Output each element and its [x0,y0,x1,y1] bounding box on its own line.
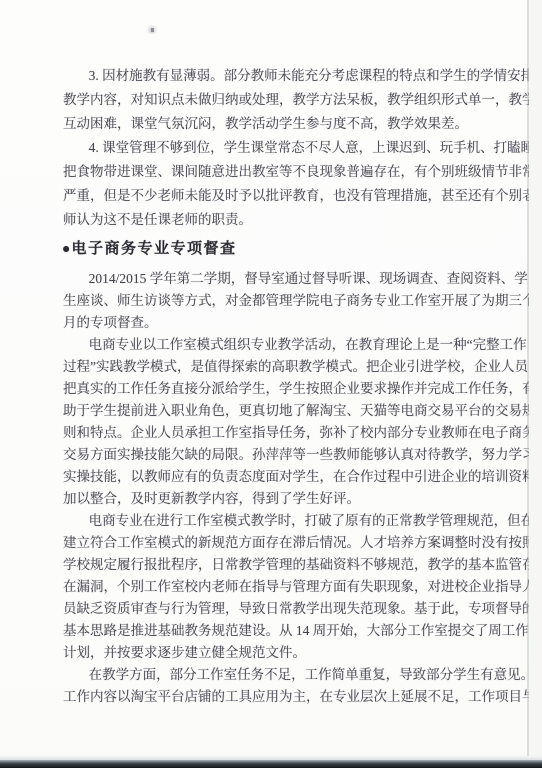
text-line: 互动困难，课堂气氛沉闷，教学活动学生参与度不高，教学效果差。 [63,112,542,136]
paragraph-block-ecommerce-audit: 2014/2015 学年第二学期，督导室通过督导听课、现场调查、查阅资料、学生座… [63,268,536,708]
paragraph-first-line: 3. 因材施教有显薄弱。部分教师未能充分考虑课程的特点和学生的学情安排 [63,64,542,88]
paragraph-first-line: 在教学方面，部分工作室任务不足，工作简单重复，导致部分学生有意见。 [63,664,536,686]
text-line: 交易方面实操技能欠缺的局限。孙萍萍等一些教师能够认真对待教学，努力学习 [63,444,536,466]
paragraph-first-line: 2014/2015 学年第二学期，督导室通过督导听课、现场调查、查阅资料、学 [63,268,536,290]
text-line: 员缺乏资质审查与行为管理，导致日常教学出现失范现象。基于此，专项督导的 [63,598,536,620]
text-line: 工作内容以淘宝平台店铺的工具应用为主，在专业层次上延展不足，工作项目与 [63,686,536,708]
section-heading-text: 电子商务专业专项督查 [71,241,236,257]
text-line: 实操技能，以教师应有的负责态度面对学生，在合作过程中引进企业的培训资料 [63,466,536,488]
text-line: 学校规定履行报批程序，日常教学管理的基础资料不够规范，教学的基本监管存 [63,554,536,576]
paragraph-first-line: 4. 课堂管理不够到位，学生课堂常态不尽人意，上课迟到、玩手机、打瞌睡、 [63,136,542,160]
scanned-document-page: 3. 因材施教有显薄弱。部分教师未能充分考虑课程的特点和学生的学情安排教学内容，… [0,0,542,768]
text-line: 在漏洞，个别工作室校内老师在指导与管理方面有失职现象，对进校企业指导人 [63,576,536,598]
text-line: 基本思路是推进基础教务规范建设。从 14 周开始，大部分工作室提交了周工作 [63,620,536,642]
text-line: 建立符合工作室模式的新规范方面存在滞后情况。人才培养方案调整时没有按照 [63,532,536,554]
ink-smudge-mark [146,24,158,34]
scan-right-margin [529,0,542,756]
page-edge-line [527,0,529,756]
text-line: 把真实的工作任务直接分派给学生，学生按照企业要求操作并完成工作任务，有 [63,378,536,400]
text-line: 助于学生提前进入职业角色，更真切地了解淘宝、天猫等电商交易平台的交易规 [63,400,536,422]
text-line: 月的专项督查。 [63,312,536,334]
text-line: 把食物带进课堂、课间随意进出教室等不良现象普遍存在，有个别班级情节非常 [63,160,542,184]
text-line: 师认为这不是任课老师的职责。 [63,208,542,232]
text-line: 则和特点。企业人员承担工作室指导任务，弥补了校内部分专业教师在电子商务 [63,422,536,444]
scanner-edge-strip [0,760,542,768]
text-line: 过程”实践教学模式，是值得探索的高职教学模式。把企业引进学校，企业人员 [63,356,536,378]
text-line: 生座谈、师生访谈等方式，对金都管理学院电子商务专业工作室开展了为期三个 [63,290,536,312]
text-line: 教学内容，对知识点未做归纳或处理，教学方法呆板，教学组织形式单一，教学 [63,88,542,112]
paragraph-first-line: 电商专业以工作室模式组织专业教学活动，在教育理论上是一种“完整工作 [63,334,536,356]
text-line: 计划，并按要求逐步建立健全规范文件。 [63,642,536,664]
paragraph-block-classroom-findings: 3. 因材施教有显薄弱。部分教师未能充分考虑课程的特点和学生的学情安排教学内容，… [63,64,542,232]
text-line: 加以整合，及时更新教学内容，得到了学生好评。 [63,488,536,510]
bullet-icon: ● [62,242,70,257]
section-heading: ●电子商务专业专项督查 [62,237,236,258]
text-line: 严重，但是不少老师未能及时予以批评教育，也没有管理措施，甚至还有个别老 [63,184,542,208]
paragraph-first-line: 电商专业在进行工作室模式教学时，打破了原有的正常教学管理规范，但在 [63,510,536,532]
